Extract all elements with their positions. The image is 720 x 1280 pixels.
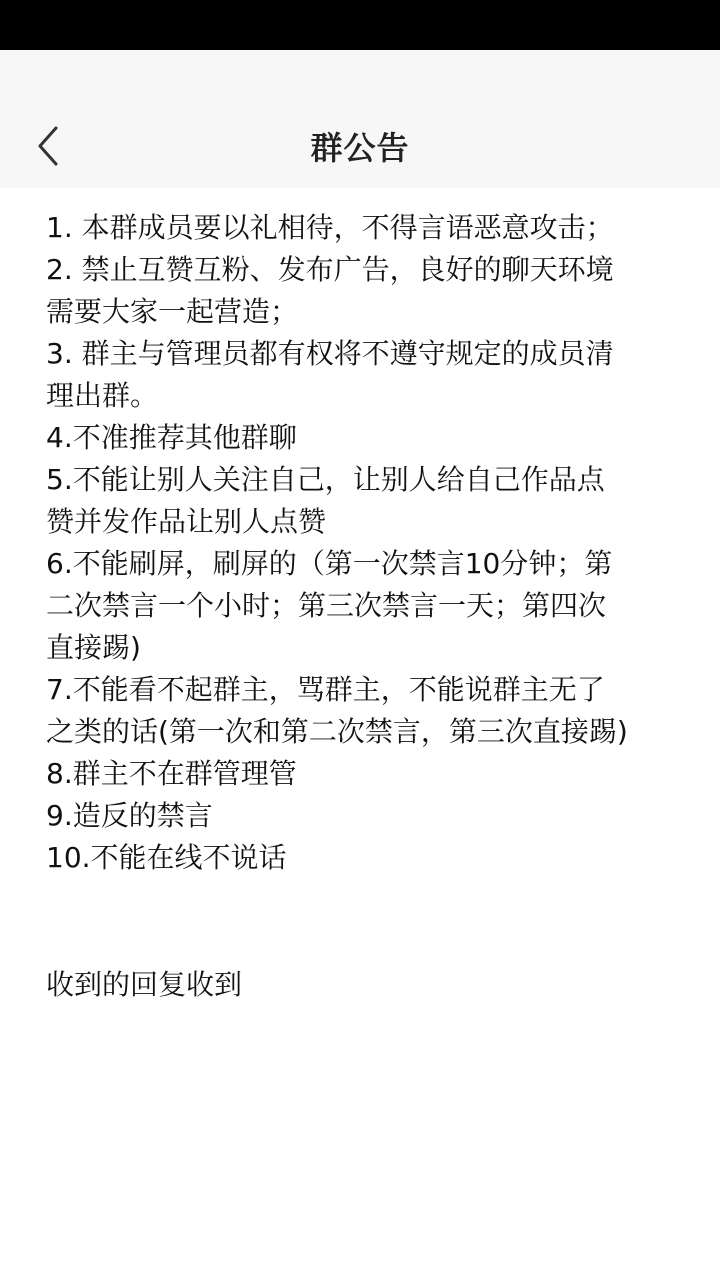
announcement-line: 2. 禁止互赞互粉、发布广告，良好的聊天环境 — [46, 249, 686, 291]
header-bar: 群公告 — [0, 50, 720, 188]
announcement-line: 3. 群主与管理员都有权将不遵守规定的成员清 — [46, 333, 686, 375]
announcement-line: 二次禁言一个小时；第三次禁言一天；第四次 — [46, 585, 686, 627]
announcement-line: 理出群。 — [46, 375, 686, 417]
announcement-line: 直接踢) — [46, 627, 686, 669]
announcement-line: 7.不能看不起群主，骂群主，不能说群主无了 — [46, 669, 686, 711]
page-title: 群公告 — [0, 123, 720, 169]
announcement-line: 4.不准推荐其他群聊 — [46, 417, 686, 459]
status-bar — [0, 0, 720, 50]
announcement-line: 8.群主不在群管理管 — [46, 753, 686, 795]
announcement-line: 赞并发作品让别人点赞 — [46, 501, 686, 543]
announcement-line: 需要大家一起营造； — [46, 291, 686, 333]
announcement-line: 6.不能刷屏，刷屏的（第一次禁言10分钟；第 — [46, 543, 686, 585]
announcement-line: 5.不能让别人关注自己，让别人给自己作品点 — [46, 459, 686, 501]
announcement-line: 之类的话(第一次和第二次禁言，第三次直接踢) — [46, 711, 686, 753]
announcement-body: 1. 本群成员要以礼相待，不得言语恶意攻击； 2. 禁止互赞互粉、发布广告，良好… — [46, 207, 686, 879]
announcement-line: 1. 本群成员要以礼相待，不得言语恶意攻击； — [46, 207, 686, 249]
announcement-line: 10.不能在线不说话 — [46, 837, 686, 879]
announcement-reply-text: 收到的回复收到 — [46, 964, 242, 1006]
announcement-line: 9.造反的禁言 — [46, 795, 686, 837]
